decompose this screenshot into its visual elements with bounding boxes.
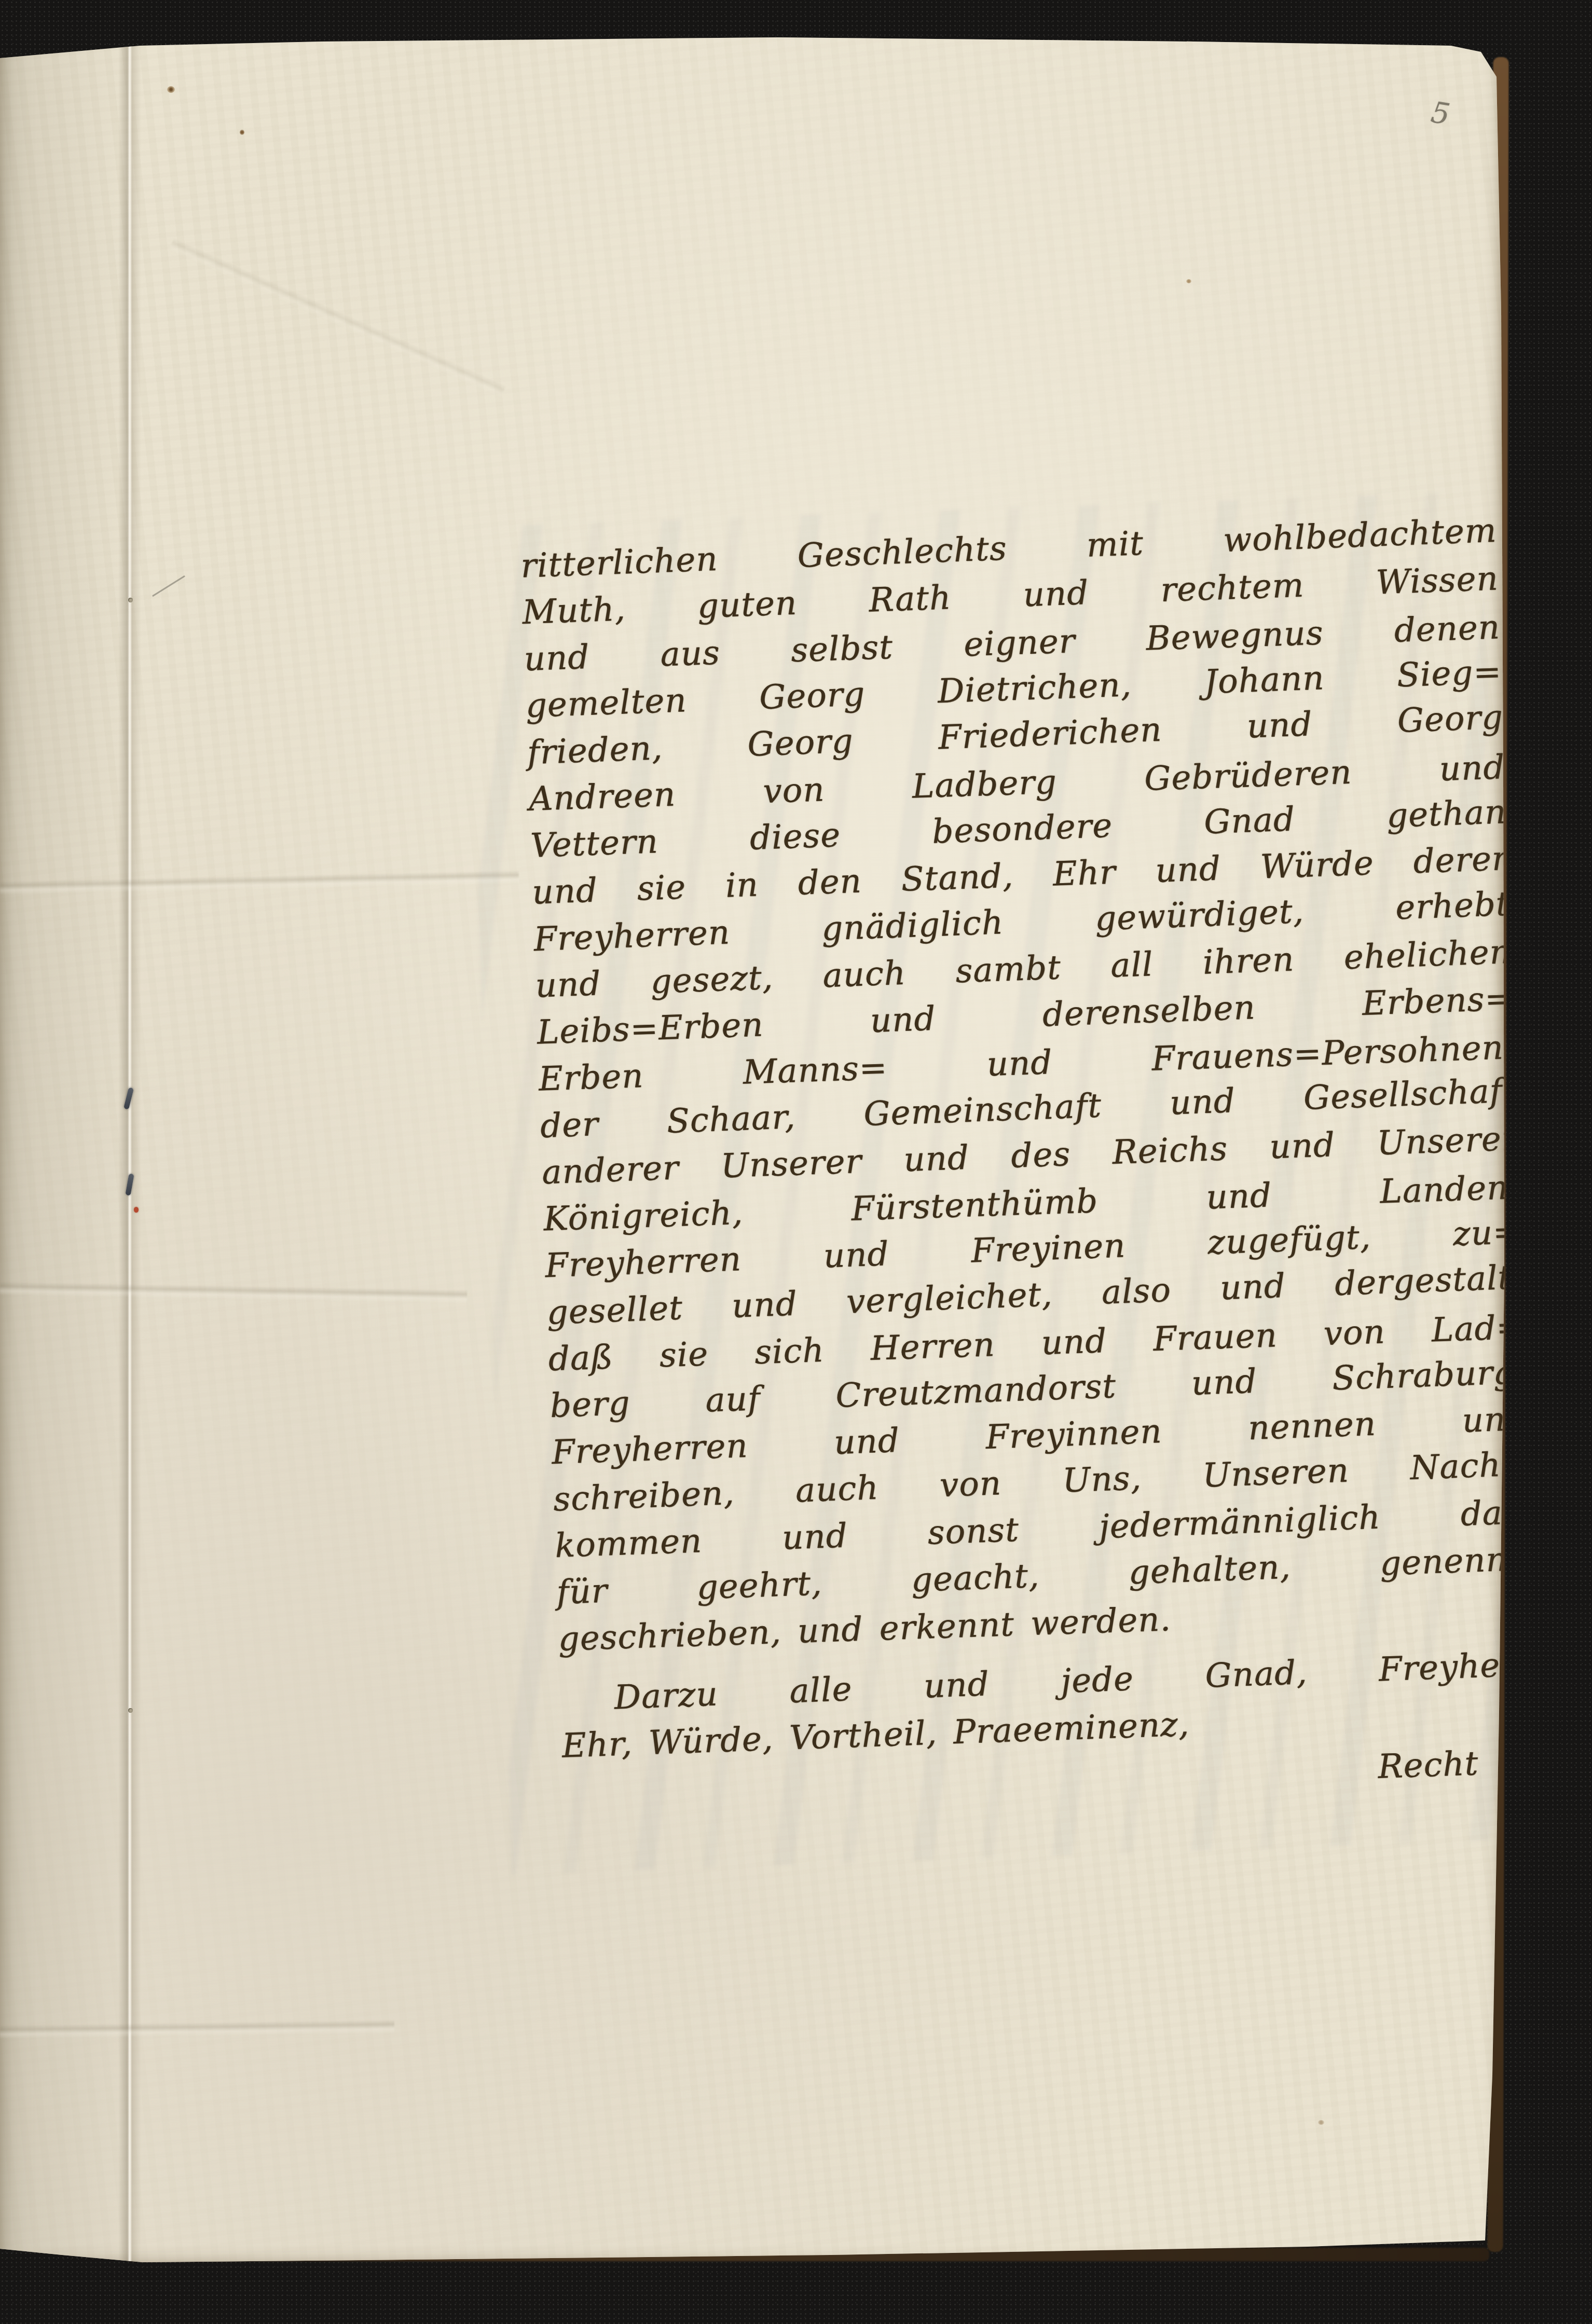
fox-spot bbox=[240, 130, 244, 135]
binding-crease bbox=[118, 0, 141, 2268]
paper-wrinkle bbox=[169, 238, 506, 398]
manuscript-page: 5 ritterlichen Geschlechts mit wohlbedac… bbox=[0, 0, 1506, 2268]
pencil-mark bbox=[152, 575, 185, 597]
fox-spot bbox=[1318, 2120, 1324, 2125]
sewing-hole bbox=[128, 598, 133, 602]
paragraph-1: ritterlichen Geschlechts mit wohlbedacht… bbox=[520, 510, 1535, 1663]
folio-number: 5 bbox=[1429, 95, 1475, 135]
thread-dot bbox=[134, 1207, 139, 1213]
fox-spot bbox=[1186, 279, 1191, 283]
sewing-hole bbox=[128, 1708, 133, 1713]
fox-spot bbox=[167, 86, 175, 93]
handwritten-text-block: ritterlichen Geschlechts mit wohlbedacht… bbox=[520, 510, 1541, 1820]
scan-surface: { "colors":{ "scan_background":"#161514"… bbox=[0, 0, 1592, 2324]
